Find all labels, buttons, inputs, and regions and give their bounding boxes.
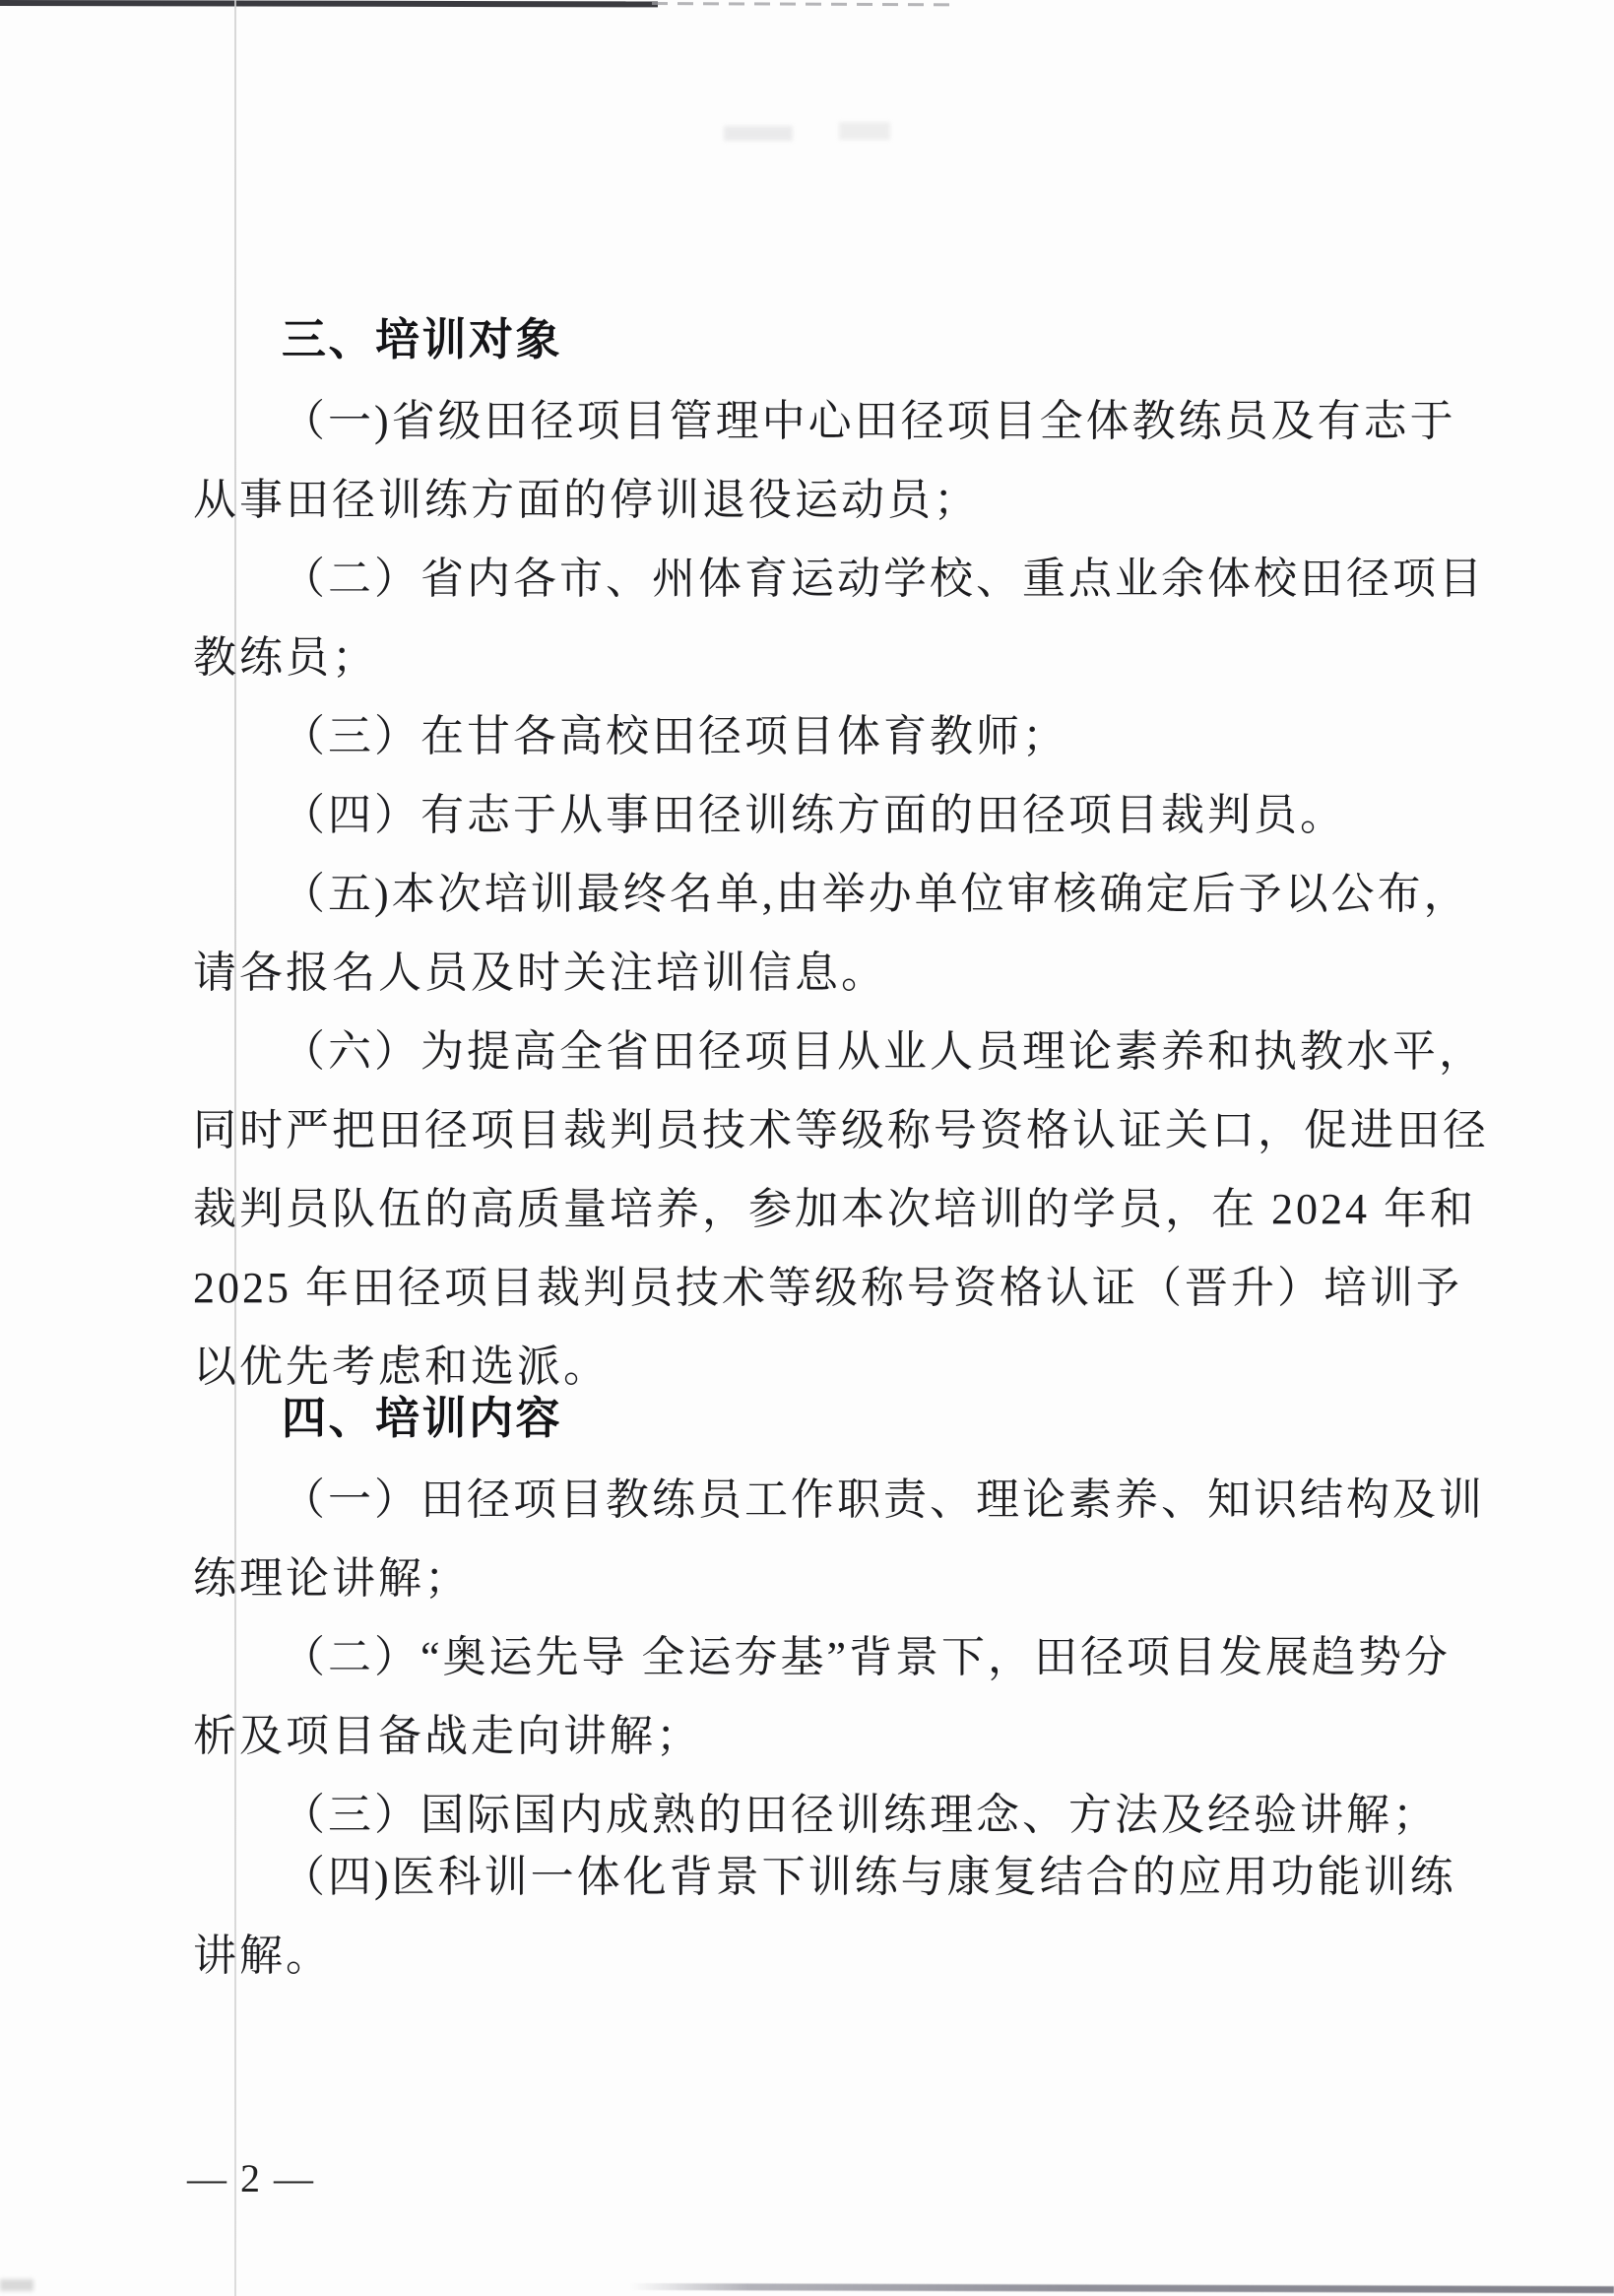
- scan-edge-top-line: [0, 0, 658, 7]
- ghost-smudge: [839, 122, 890, 140]
- text-line: 析及项目备战走向讲解；: [193, 1697, 1503, 1776]
- page-number: — 2 —: [187, 2139, 315, 2218]
- text-line: 裁判员队伍的高质量培养，参加本次培训的学员，在 2024 年和: [193, 1170, 1503, 1249]
- text-line: （一）田径项目教练员工作职责、理论素养、知识结构及训: [193, 1461, 1591, 1540]
- text-line: 从事田径训练方面的停训退役运动员；: [193, 461, 1503, 540]
- text-line: （三）在甘各高校田径项目体育教师；: [193, 697, 1591, 776]
- text-line: （一)省级田径项目管理中心田径项目全体教练员及有志于: [193, 382, 1591, 461]
- text-line: （二）省内各市、州体育运动学校、重点业余体校田径项目: [193, 540, 1591, 619]
- scan-speck: [0, 2279, 33, 2291]
- text-line: （五)本次培训最终名单,由举办单位审核确定后予以公布，: [193, 855, 1591, 934]
- text-line: 2025 年田径项目裁判员技术等级称号资格认证（晋升）培训予: [193, 1249, 1503, 1328]
- ghost-smudge: [724, 126, 793, 141]
- text-line: （四)医科训一体化背景下训练与康复结合的应用功能训练: [193, 1838, 1591, 1917]
- text-line: 教练员；: [193, 619, 1503, 697]
- document-page: 三、培训对象 （一)省级田径项目管理中心田径项目全体教练员及有志于 从事田径训练…: [0, 0, 1614, 2296]
- text-line: 请各报名人员及时关注培训信息。: [193, 934, 1503, 1013]
- section-heading-training-targets: 三、培训对象: [193, 300, 1591, 379]
- scan-shadow-bottom: [630, 2283, 1614, 2293]
- text-line: 同时严把田径项目裁判员技术等级称号资格认证关口，促进田径: [193, 1091, 1503, 1170]
- text-line: 练理论讲解；: [193, 1540, 1503, 1618]
- text-line: （六）为提高全省田径项目从业人员理论素养和执教水平，: [193, 1013, 1591, 1091]
- section-heading-training-content: 四、培训内容: [193, 1379, 1591, 1458]
- text-line: 讲解。: [193, 1917, 1503, 1996]
- text-line: （二）“奥运先导 全运夯基”背景下，田径项目发展趋势分: [193, 1618, 1591, 1697]
- scan-edge-top-faint-line: [652, 2, 959, 6]
- text-line: （四）有志于从事田径训练方面的田径项目裁判员。: [193, 776, 1591, 855]
